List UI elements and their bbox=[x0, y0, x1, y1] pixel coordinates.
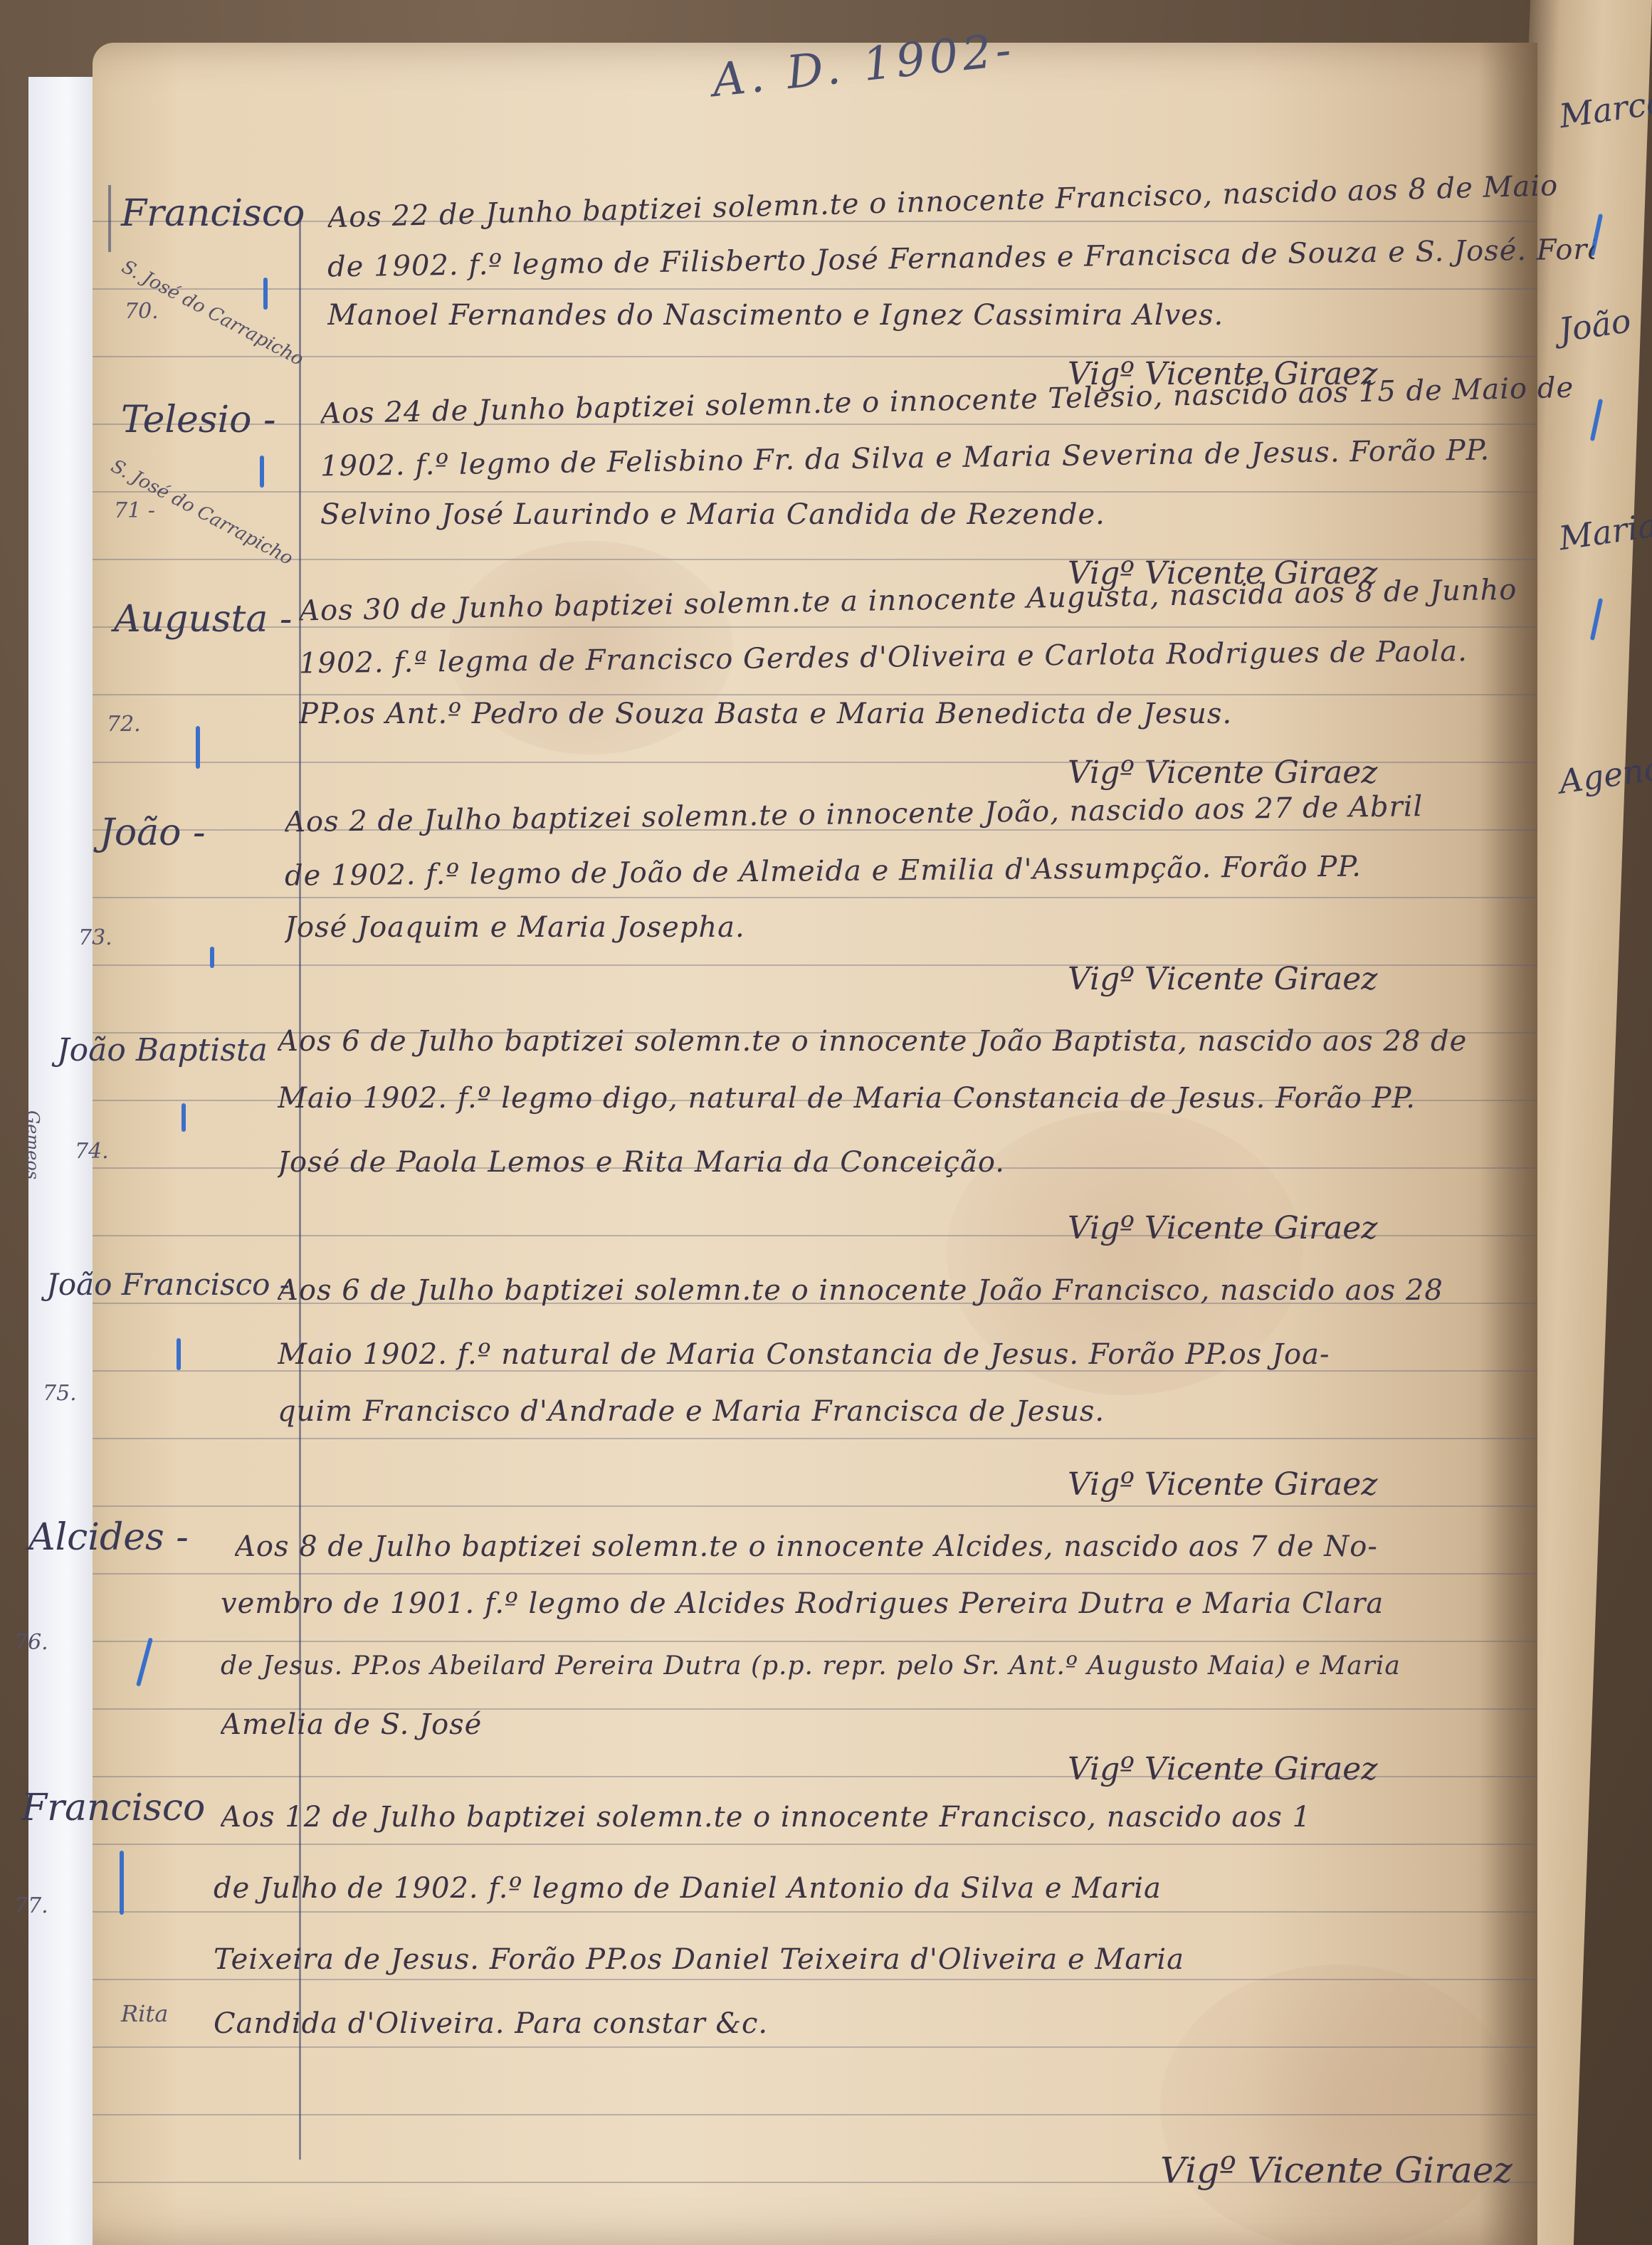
entry-text-line: Teixeira de Jesus. Forão PP.os Daniel Te… bbox=[214, 1943, 1480, 1976]
ruled-line bbox=[93, 1573, 1537, 1574]
left-edge-rule bbox=[108, 185, 111, 252]
entry-text-line: José Joaquim e Maria Josepha. bbox=[285, 911, 1552, 944]
entry-name: Francisco bbox=[21, 1787, 205, 1829]
entry-name: João Baptista bbox=[57, 1032, 268, 1068]
entry-text-line: Amelia de S. José bbox=[221, 1708, 1488, 1741]
ruled-line bbox=[93, 1505, 1537, 1507]
ruled-line bbox=[93, 2046, 1537, 2048]
entry-name: Telesio - bbox=[121, 399, 276, 441]
entry-text-line: Manoel Fernandes do Nascimento e Ignez C… bbox=[327, 299, 1594, 332]
blue-tally-mark bbox=[177, 1338, 181, 1370]
ruled-line bbox=[93, 2114, 1537, 2115]
entry-text-line: de Julho de 1902. f.º legmo de Daniel An… bbox=[214, 1872, 1480, 1905]
ruled-line bbox=[93, 694, 1537, 695]
entry-name: João Francisco - bbox=[46, 1267, 290, 1302]
blue-tally-mark bbox=[210, 947, 214, 968]
entry-text-line: Aos 8 de Julho baptizei solemn.te o inno… bbox=[235, 1530, 1502, 1563]
ruled-line bbox=[93, 897, 1537, 898]
ruled-line bbox=[93, 1438, 1537, 1439]
entry-text-line: Maio 1902. f.º legmo digo, natural de Ma… bbox=[278, 1082, 1545, 1115]
entry-text-line: Maio 1902. f.º natural de Maria Constanc… bbox=[278, 1338, 1545, 1371]
entry-number: 76. bbox=[14, 1630, 48, 1655]
ruled-line bbox=[93, 1979, 1537, 1980]
ruled-line bbox=[93, 424, 1537, 425]
entry-text-line: José de Paola Lemos e Rita Maria da Conc… bbox=[278, 1146, 1545, 1179]
blue-tally-mark bbox=[120, 1851, 124, 1915]
entry-number: 77. bbox=[14, 1893, 48, 1918]
priest-signature: Vigº Vicente Giraez bbox=[1068, 961, 1377, 997]
entry-number: 70. bbox=[125, 299, 159, 324]
final-priest-signature: Vigº Vicente Giraez bbox=[1160, 2150, 1512, 2191]
blue-tally-mark bbox=[260, 456, 264, 488]
blue-tally-mark bbox=[181, 1103, 186, 1132]
entry-name: Augusta - bbox=[114, 598, 293, 641]
blue-tally-mark bbox=[196, 726, 200, 769]
entry-text-line: vembro de 1901. f.º legmo de Alcides Rod… bbox=[221, 1587, 1488, 1620]
entry-number: 74. bbox=[75, 1139, 109, 1164]
entry-text-line: de Jesus. PP.os Abeilard Pereira Dutra (… bbox=[221, 1651, 1488, 1681]
ruled-line bbox=[93, 1641, 1537, 1642]
priest-signature: Vigº Vicente Giraez bbox=[1068, 1210, 1377, 1246]
entry-name: João - bbox=[100, 811, 206, 854]
entry-text-line: quim Francisco d'Andrade e Maria Francis… bbox=[278, 1395, 1545, 1428]
entry-text-line: Candida d'Oliveira. Para constar &c. bbox=[214, 2007, 1480, 2040]
ruled-line bbox=[93, 1911, 1537, 1913]
entry-name: Francisco bbox=[121, 192, 305, 235]
priest-signature: Vigº Vicente Giraez bbox=[1068, 1751, 1377, 1787]
blue-tally-mark bbox=[263, 278, 268, 310]
entry-side-note: Rita bbox=[121, 2000, 168, 2027]
entry-text-line: Selvino José Laurindo e Maria Candida de… bbox=[320, 498, 1587, 531]
margin-rule bbox=[299, 221, 301, 2160]
ruled-line bbox=[93, 1844, 1537, 1845]
priest-signature: Vigº Vicente Giraez bbox=[1068, 755, 1377, 791]
entry-text-line: Aos 6 de Julho baptizei solemn.te o inno… bbox=[278, 1274, 1545, 1307]
entry-number: 73. bbox=[78, 925, 112, 950]
entry-name: Alcides - bbox=[28, 1516, 189, 1559]
entry-number: 75. bbox=[43, 1381, 77, 1406]
ruled-line bbox=[93, 288, 1537, 290]
entry-number: 72. bbox=[107, 712, 141, 737]
ruled-line bbox=[93, 491, 1537, 493]
priest-signature: Vigº Vicente Giraez bbox=[1068, 1466, 1377, 1503]
entry-text-line: Aos 6 de Julho baptizei solemn.te o inno… bbox=[278, 1025, 1545, 1058]
entry-number: 71 - bbox=[114, 498, 155, 523]
entry-text-line: Aos 12 de Julho baptizei solemn.te o inn… bbox=[221, 1801, 1488, 1834]
twins-side-note: Gemeos bbox=[23, 1110, 43, 1179]
entry-text-line: PP.os Ant.º Pedro de Souza Basta e Maria… bbox=[299, 698, 1566, 730]
